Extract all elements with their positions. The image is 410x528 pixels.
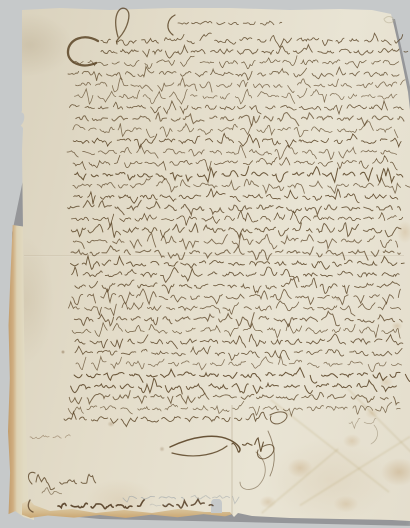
photo-background (0, 0, 410, 528)
bottom-edge-gap (211, 499, 222, 513)
vertical-fold-crease (231, 405, 233, 515)
horizontal-fold-crease (24, 255, 404, 257)
manuscript-paper (0, 0, 410, 528)
